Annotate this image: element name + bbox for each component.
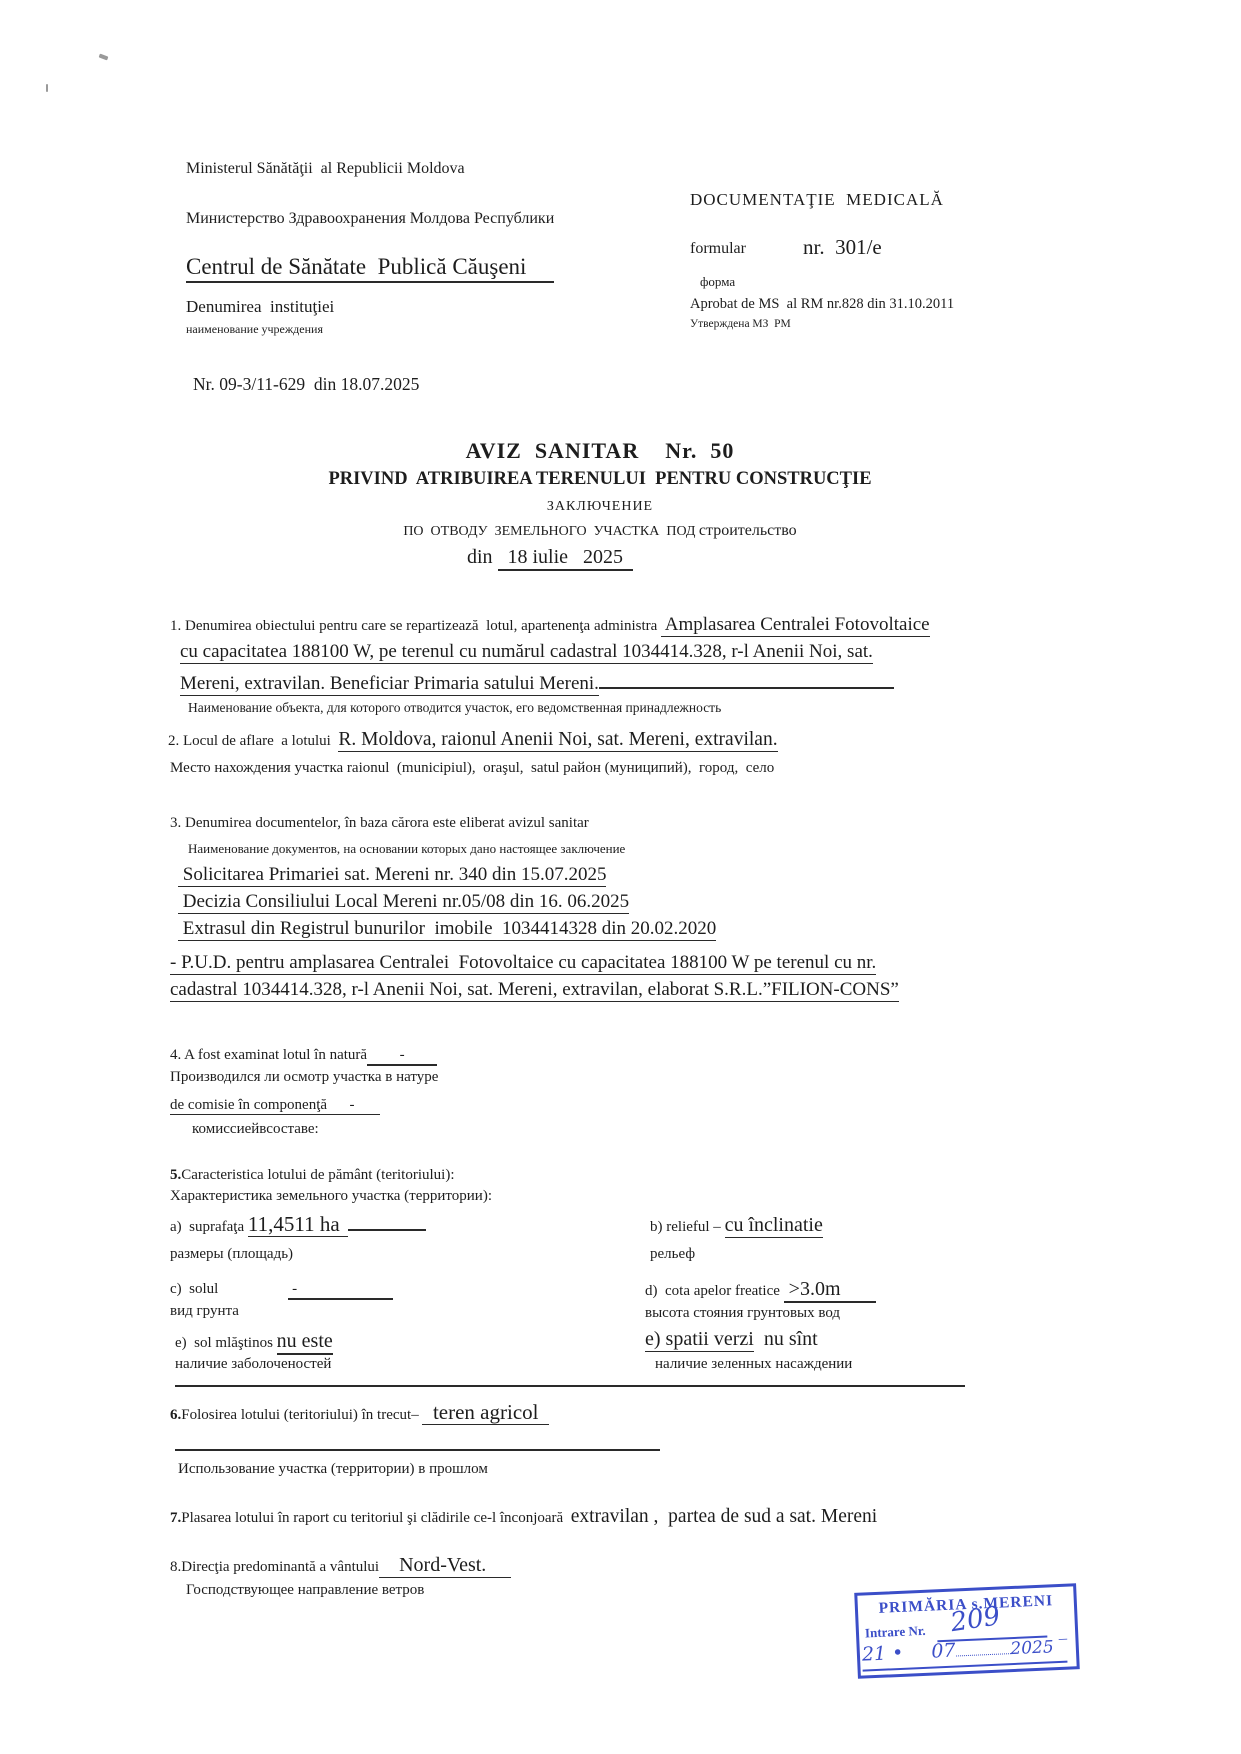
- section-1-label: Denumirea obiectului pentru care se repa…: [181, 618, 661, 634]
- field-suprafata-label: a) suprafaţa: [170, 1219, 248, 1235]
- field-suprafata: a) suprafaţa 11,4511 ha: [170, 1212, 426, 1237]
- section-6-value: teren agricol: [422, 1400, 549, 1425]
- field-spatii-verzi-caption: наличие зеленных насаждении: [655, 1356, 852, 1373]
- field-solul-value: -: [288, 1281, 393, 1300]
- document-list-item-text: cadastral 1034414.328, r-l Anenii Noi, s…: [170, 979, 899, 1002]
- section-4-line-1: 4. A fost examinat lotul în natură-: [170, 1046, 437, 1066]
- title-ru-1: ЗАКЛЮЧЕНИЕ: [100, 499, 1100, 515]
- section-8-label: Direcţia predominantă a vântului: [181, 1559, 379, 1575]
- title-main: AVIZ SANITAR Nr. 50: [100, 438, 1100, 464]
- stamp-entry-label: Intrare Nr.: [865, 1623, 926, 1642]
- field-spatii-verzi: e) spatii verzi nu sînt: [645, 1328, 818, 1352]
- scan-speck: [99, 54, 109, 61]
- institution-name: Centrul de Sănătate Publică Căuşeni: [186, 254, 554, 283]
- document-list-item: Decizia Consiliului Local Mereni nr.05/0…: [178, 891, 629, 914]
- title-sub-ro: PRIVIND ATRIBUIREA TERENULUI PENTRU CONS…: [100, 469, 1100, 490]
- document-list-item: cadastral 1034414.328, r-l Anenii Noi, s…: [170, 979, 899, 1002]
- section-2-number: 2.: [168, 733, 179, 749]
- field-cota-apelor: d) cota apelor freatice >3.0m: [645, 1278, 876, 1303]
- section-2-caption-ru: Место нахождения участка raionul (munici…: [170, 760, 774, 777]
- section-1-value-2: cu capacitatea 188100 W, pe terenul cu n…: [180, 641, 873, 664]
- field-relieful: b) relieful – cu înclinatie: [650, 1214, 823, 1238]
- title-ru-2-prefix: ПО ОТВОДУ ЗЕМЕЛЬНОГО УЧАСТКА ПОД: [403, 524, 699, 539]
- approved-line-ru: Утверждена МЗ РМ: [690, 318, 791, 330]
- section-5-label: Caracteristica lotului de pământ (terito…: [181, 1167, 454, 1183]
- section-5-caption-ru: Характеристика земельного участка (терри…: [170, 1188, 492, 1205]
- section-8-caption-ru: Господствующее направление ветров: [186, 1582, 424, 1599]
- field-suprafata-value: 11,4511 ha: [248, 1212, 348, 1237]
- field-sol-mlastinos-caption: наличие заболоченостей: [175, 1356, 331, 1373]
- field-spatii-verzi-label: e) spatii verzi: [645, 1328, 754, 1352]
- title-date-line: din 18 iulie 2025: [100, 546, 1000, 571]
- ministry-name-ru: Министерство Здравоохранения Молдова Рес…: [186, 210, 554, 228]
- field-relieful-value: cu înclinatie: [725, 1214, 823, 1238]
- doc-type-title: DOCUMENTAŢIE MEDICALĂ: [690, 190, 944, 210]
- field-spatii-verzi-value: nu sînt: [754, 1328, 818, 1350]
- document-list-item-text: Extrasul din Registrul bunurilor imobile…: [178, 918, 716, 941]
- institution-caption-ro: Denumirea instituţiei: [186, 297, 334, 317]
- approved-line-ro: Aprobat de MS al RM nr.828 din 31.10.201…: [690, 296, 954, 313]
- section-7-number: 7.: [170, 1510, 181, 1526]
- section-8-line: 8.Direcţia predominantă a vântului Nord-…: [170, 1554, 511, 1578]
- section-3-caption-ru: Наименование документов, на основании ко…: [188, 840, 625, 858]
- field-sol-mlastinos: e) sol mlăştinos nu este: [175, 1330, 333, 1355]
- ministry-name-ro: Ministerul Sănătăţii al Republicii Moldo…: [186, 160, 465, 178]
- title-date-value: 18 iulie 2025: [498, 546, 634, 571]
- registration-number: Nr. 09-3/11-629 din 18.07.2025: [193, 374, 419, 395]
- primaria-mereni-stamp: PRIMĂRIA s.MERENI Intrare Nr. 209 21 •07…: [854, 1583, 1080, 1679]
- section-4-line-2: de comisie în componenţă -: [170, 1096, 380, 1115]
- section-8-value: Nord-Vest.: [379, 1554, 511, 1578]
- section-4-number: 4.: [170, 1047, 181, 1063]
- section-7-label: Plasarea lotului în raport cu teritoriul…: [181, 1510, 570, 1526]
- form-label: formular: [690, 240, 746, 258]
- field-cota-apelor-value: >3.0m: [784, 1278, 876, 1303]
- document-list-item: - P.U.D. pentru amplasarea Centralei Fot…: [170, 952, 876, 975]
- section-1-line-1: 1. Denumirea obiectului pentru care se r…: [170, 614, 930, 637]
- field-relieful-label: b) relieful –: [650, 1219, 725, 1235]
- document-list-item-text: Solicitarea Primariei sat. Mereni nr. 34…: [178, 864, 606, 887]
- stamp-date-year: 2025 ‾: [1010, 1637, 1068, 1659]
- scanned-document-page: Ministerul Sănătăţii al Republicii Moldo…: [0, 0, 1241, 1754]
- section-2-label: Locul de aflare a lotului: [179, 733, 338, 749]
- section-3-caption-ru-text: Наименование документов, на основании ко…: [188, 841, 625, 856]
- section-4-value: -: [367, 1047, 437, 1066]
- section-2-line: 2. Locul de aflare a lotului R. Moldova,…: [168, 729, 778, 752]
- field-relieful-caption: рельеф: [650, 1246, 695, 1263]
- blank-underline: [599, 669, 894, 689]
- section-6-label: Folosirea lotului (teritoriului) în trec…: [181, 1407, 422, 1423]
- section-4-caption-ru-2: комиссиейвсоставе:: [192, 1121, 319, 1138]
- section-5-header: 5.Caracteristica lotului de pământ (teri…: [170, 1166, 455, 1184]
- section-6-caption-ru: Использование участка (территории) в про…: [178, 1461, 488, 1478]
- field-solul-label: c) solul: [170, 1281, 218, 1297]
- section-7-line: 7.Plasarea lotului în raport cu teritori…: [170, 1506, 877, 1528]
- section-6-number: 6.: [170, 1407, 181, 1423]
- form-caption-ru: форма: [700, 274, 735, 290]
- section-4-label-2: de comisie în componenţă -: [170, 1097, 380, 1115]
- field-solul: c) solul -: [170, 1280, 393, 1300]
- document-list-item-text: - P.U.D. pentru amplasarea Centralei Fot…: [170, 952, 876, 975]
- scan-speck: [46, 84, 48, 92]
- section-7-value: extravilan , partea de sud a sat. Mereni: [571, 1506, 877, 1527]
- stamp-date-month: 07: [931, 1640, 956, 1663]
- divider-line: [175, 1385, 965, 1387]
- document-list-item: Solicitarea Primariei sat. Mereni nr. 34…: [178, 864, 606, 887]
- section-1-value-3: Mereni, extravilan. Beneficiar Primaria …: [180, 673, 599, 696]
- field-solul-caption: вид грунта: [170, 1303, 239, 1320]
- field-sol-mlastinos-value: nu este: [277, 1330, 333, 1355]
- document-list-item-text: Decizia Consiliului Local Mereni nr.05/0…: [178, 891, 629, 914]
- section-4-caption-ru: Производился ли осмотр участка в натуре: [170, 1069, 438, 1086]
- institution-caption-ru: наименование учреждения: [186, 322, 323, 337]
- section-1-caption-ru: Наименование объекта, для которого отвод…: [188, 700, 721, 716]
- section-5-number: 5.: [170, 1167, 181, 1183]
- field-cota-apelor-label: d) cota apelor freatice: [645, 1283, 784, 1299]
- divider-line: [175, 1449, 660, 1451]
- section-3-label: Denumirea documentelor, în baza cărora e…: [181, 815, 589, 831]
- section-1-number: 1.: [170, 618, 181, 634]
- blank-underline: [348, 1213, 426, 1231]
- section-1-line-2: cu capacitatea 188100 W, pe terenul cu n…: [180, 641, 873, 664]
- section-2-value: R. Moldova, raionul Anenii Noi, sat. Mer…: [338, 729, 777, 752]
- section-8-number: 8.: [170, 1559, 181, 1575]
- section-3-number: 3.: [170, 815, 181, 831]
- title-ru-2-suffix: строительство: [699, 522, 797, 539]
- section-6-line: 6.Folosirea lotului (teritoriului) în tr…: [170, 1400, 549, 1425]
- document-list-item: Extrasul din Registrul bunurilor imobile…: [178, 918, 716, 941]
- stamp-date-day: 21 •: [861, 1642, 903, 1666]
- title-ru-2: ПО ОТВОДУ ЗЕМЕЛЬНОГО УЧАСТКА ПОД строите…: [100, 522, 1100, 540]
- field-suprafata-caption: размеры (площадь): [170, 1246, 293, 1263]
- form-number: nr. 301/e: [803, 235, 882, 260]
- title-date-label: din: [467, 546, 493, 568]
- stamp-entry-number-handwritten: 209: [949, 1601, 1003, 1638]
- section-3-line: 3. Denumirea documentelor, în baza căror…: [170, 814, 589, 832]
- field-sol-mlastinos-label: e) sol mlăştinos: [175, 1335, 277, 1351]
- field-cota-apelor-caption: высота стояния грунтовых вод: [645, 1305, 840, 1322]
- section-1-line-3: Mereni, extravilan. Beneficiar Primaria …: [180, 669, 894, 696]
- section-4-label: A fost examinat lotul în natură: [181, 1047, 367, 1063]
- section-1-value-1: Amplasarea Centralei Fotovoltaice: [661, 614, 930, 637]
